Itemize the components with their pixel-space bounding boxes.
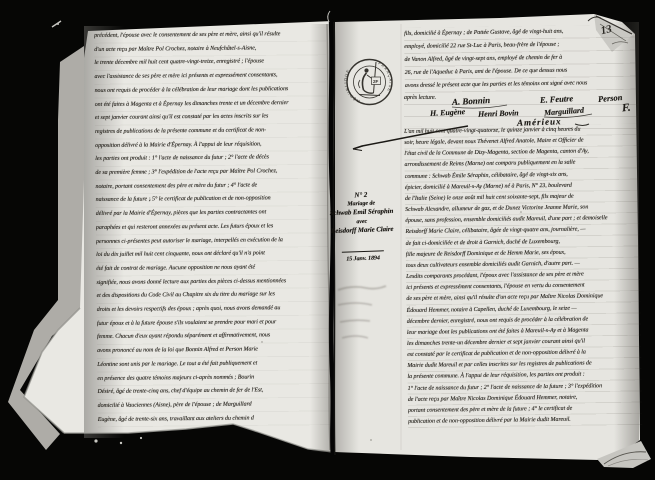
right-page-closing-text-block: fils, domicilié à Épernay ; de Pattée Gu… [404,25,637,94]
act-conjunction: avec [356,218,367,224]
handwritten-line: Eugène, âgé de trente-six ans, travailla… [98,411,330,427]
handwritten-line: avons dressé le présent acte que les par… [405,77,637,93]
groom-name: Schwab Emil Séraphin [330,208,394,217]
signature: F. [621,102,631,115]
handwritten-line: publication et de non-opposition délivré… [408,414,642,428]
left-page-text-block: précédent, l'épouse avec le consentement… [94,28,330,430]
signature: Person [598,92,623,104]
signature: A. Bonnin [452,95,491,107]
signature: Henri Bovin [478,108,519,118]
margin-act-note: N° 2 Mariage de Schwab Emil Séraphin ave… [329,190,396,265]
register-scan-photo: 13 RÉPUBLIQUE FRANÇAISE [0,0,655,480]
act-number: N° 2 [354,191,367,199]
bride-name: Reisdorff Marie Claire [331,226,394,235]
act-date: 15 Janv. 1894 [346,255,380,262]
signature: E. Feutre [540,93,574,105]
act-title: Mariage de [347,201,375,208]
right-page-act-text-block: L'an mil huit cent quatre-vingt-quatorze… [404,124,642,429]
margin-note-rule [342,250,384,252]
stamp-value: 2F [373,79,379,84]
signature-lead-in: après lecture. [404,95,436,101]
signature: H. Eugène [430,107,466,118]
